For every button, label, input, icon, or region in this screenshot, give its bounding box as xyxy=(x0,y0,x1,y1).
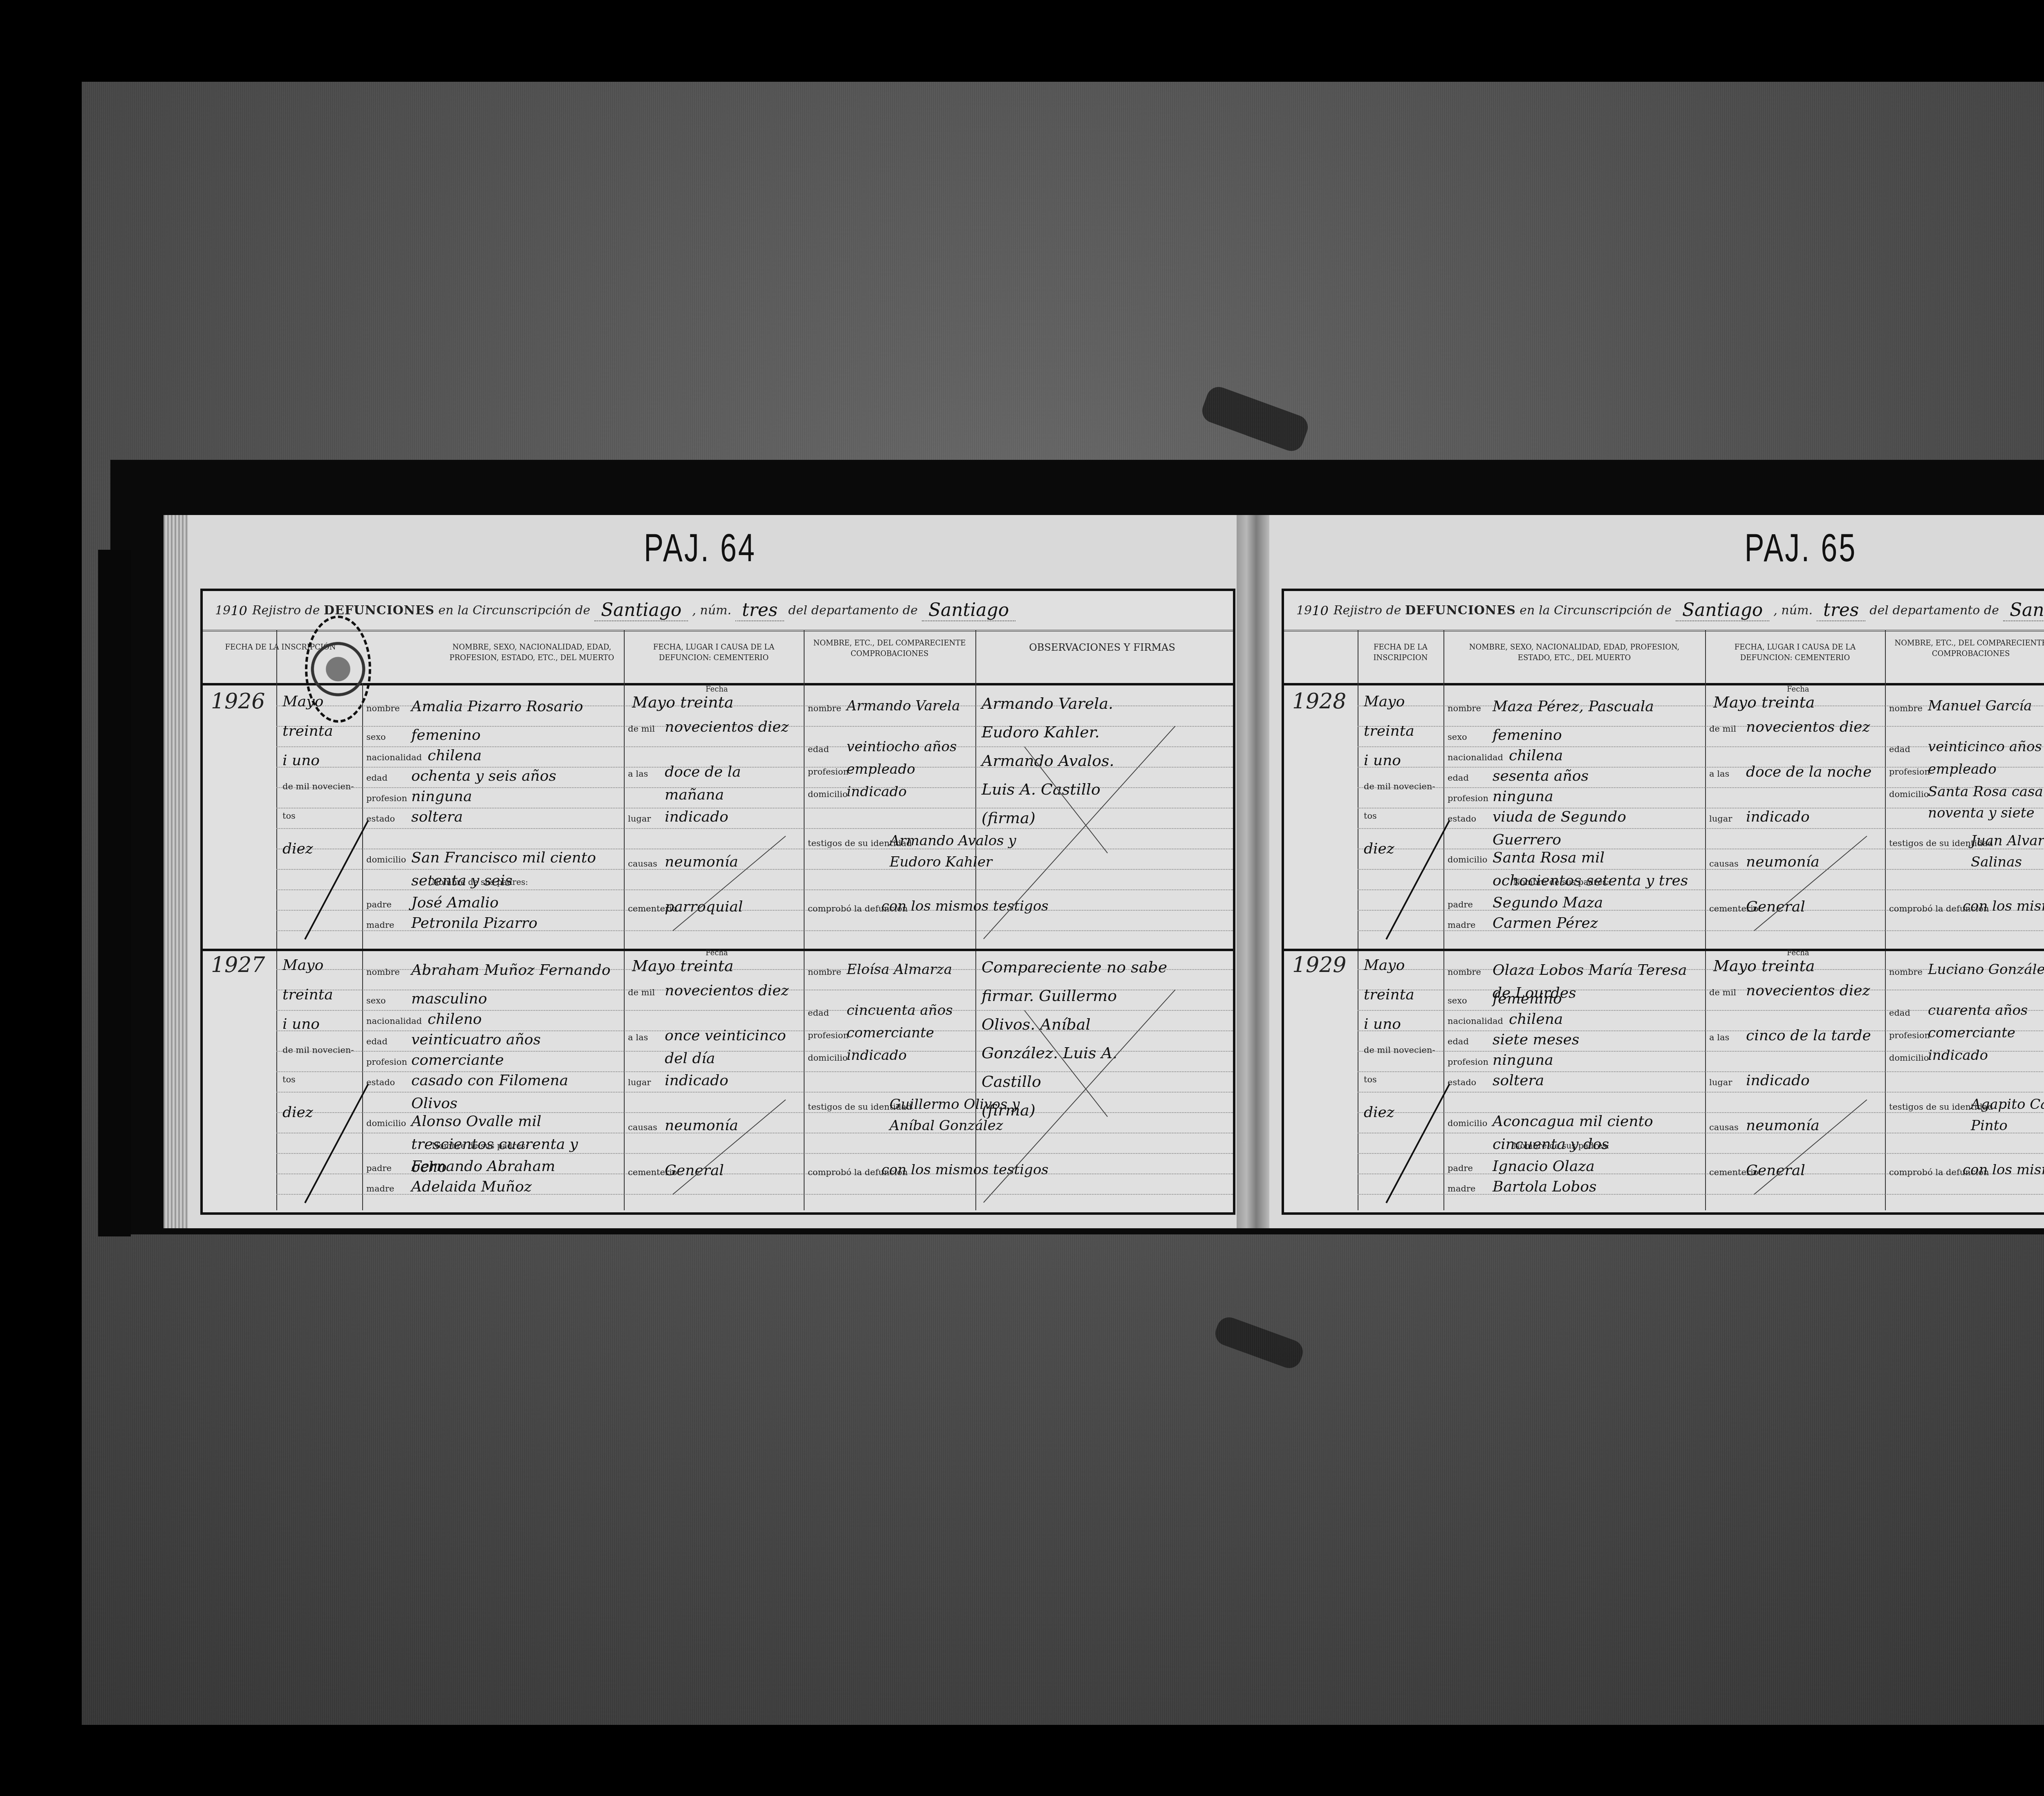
declarant-comprobo: con los mismos testigos xyxy=(881,896,1049,917)
parents-label: Nombre de sus padres: xyxy=(432,1141,528,1151)
declarant-testigos: Juan Alvarez y Tomás Salinas xyxy=(1971,830,2044,873)
field-label: nacionalidad xyxy=(366,752,422,762)
deceased-sexo: femenino xyxy=(1493,724,1562,747)
field-label: de mil novecien- xyxy=(1364,782,1435,791)
death-de-mil: novecientos diez xyxy=(665,716,789,739)
death-a-las: once veinticinco del día xyxy=(665,1024,796,1070)
death-causas: neumonía xyxy=(665,851,738,873)
field-label: sexo xyxy=(366,732,386,742)
field-label: a las xyxy=(1709,769,1729,779)
declarant-nombre: Armando Varela xyxy=(847,695,960,717)
field-label: sexo xyxy=(366,996,386,1005)
declarant-edad: cuarenta años xyxy=(1928,1000,2028,1021)
death-cementerio: General xyxy=(1746,1159,1805,1182)
register-form-left: 19 10 Rejistro de DEFUNCIONES en la Circ… xyxy=(200,589,1235,1215)
field-label: de mil xyxy=(1709,988,1736,997)
departamento-value: Santiago xyxy=(2003,600,2044,621)
signature-line: Armando Avalos. xyxy=(982,746,1223,775)
inscripcion-date-value: Mayo xyxy=(1364,957,1405,974)
field-label: edad xyxy=(808,744,829,754)
field-label: lugar xyxy=(1709,1077,1732,1087)
deceased-estado: soltera xyxy=(1493,1069,1544,1092)
num-value: tres xyxy=(1817,600,1865,621)
field-label: lugar xyxy=(628,1077,651,1087)
field-label: edad xyxy=(366,773,388,783)
field-label: padre xyxy=(366,1163,392,1173)
deceased-nacionalidad: chileno xyxy=(428,1008,482,1031)
circunscripcion-value: Santiago xyxy=(594,600,688,621)
observations-signatures: Compareciente no sabefirmar. GuillermoOl… xyxy=(982,953,1223,1124)
field-label: lugar xyxy=(628,814,651,824)
deceased-padre: José Amalio xyxy=(411,891,499,914)
field-label: tos xyxy=(1364,811,1377,821)
field-label: edad xyxy=(1889,744,1910,754)
field-label: nombre xyxy=(808,703,841,713)
field-label: domicilio xyxy=(366,1118,406,1128)
ribbon-left xyxy=(98,550,131,1236)
inscripcion-date-value: i uno xyxy=(1364,752,1401,769)
declarant-testigos: Agapito Cabello y José Pinto xyxy=(1971,1094,2044,1136)
death-de-mil: novecientos diez xyxy=(1746,716,1870,739)
field-label: profesion xyxy=(1889,1030,1930,1040)
declarant-comprobo: con los mismos testigos xyxy=(881,1159,1049,1180)
field-label: padre xyxy=(366,900,392,909)
header-text: , núm. xyxy=(1773,603,1813,618)
death-a-las: doce de la mañana xyxy=(665,761,796,806)
field-label: nombre xyxy=(808,967,841,977)
column-header: Fecha, lugar i causa de la defuncion: ce… xyxy=(628,642,800,663)
strike-line xyxy=(1754,836,1867,931)
field-label: profesion xyxy=(808,767,849,777)
declarant-comprobo: con los mismos testigos xyxy=(1963,1159,2044,1180)
inscripcion-date-value: treinta xyxy=(282,986,333,1003)
death-a-las: cinco de la tarde xyxy=(1746,1024,1871,1047)
deceased-nombre: Abraham Muñoz Fernando xyxy=(411,959,610,982)
death-de-mil: novecientos diez xyxy=(1746,979,1870,1002)
death-a-las: doce de la noche xyxy=(1746,761,1871,784)
field-label: Fecha xyxy=(706,949,728,957)
death-lugar: indicado xyxy=(665,1069,728,1092)
deceased-sexo: masculino xyxy=(411,988,487,1010)
death-date: Mayo treinta xyxy=(1713,693,1815,711)
ruled-line xyxy=(1358,1153,2044,1154)
signature-line: Castillo xyxy=(982,1067,1223,1096)
death-lugar: indicado xyxy=(1746,1069,1810,1092)
strike-line xyxy=(672,1100,786,1195)
year-handwritten: 10 xyxy=(1312,603,1329,618)
declarant-domicilio: indicado xyxy=(1928,1045,1988,1066)
declarant-profesion: comerciante xyxy=(847,1022,934,1044)
deceased-edad: ochenta y seis años xyxy=(411,765,556,788)
death-lugar: indicado xyxy=(1746,806,1810,829)
field-label: a las xyxy=(1709,1032,1729,1042)
year-prefix: 19 xyxy=(1296,603,1312,618)
ruled-line xyxy=(1358,1071,2044,1072)
year-handwritten: 10 xyxy=(231,603,247,618)
field-label: causas xyxy=(628,859,657,869)
field-label: causas xyxy=(628,1122,657,1132)
register-entry: 1927Mayotreintai unode mil novecien-tosd… xyxy=(203,949,1233,1215)
field-label: padre xyxy=(1448,1163,1473,1173)
field-label: sexo xyxy=(1448,732,1467,742)
field-label: profesion xyxy=(808,1030,849,1040)
header-text: en la Circunscripción de xyxy=(1520,603,1672,618)
departamento-value: Santiago xyxy=(922,600,1015,621)
field-label: de mil xyxy=(628,988,655,997)
field-label: de mil novecien- xyxy=(282,1045,354,1055)
column-header: Nombre, etc., del compareciente comproba… xyxy=(1889,638,2044,659)
inscripcion-date-value: treinta xyxy=(1364,986,1414,1003)
field-label: domicilio xyxy=(808,789,847,799)
field-label: edad xyxy=(1448,1037,1469,1046)
field-label: domicilio xyxy=(1889,789,1929,799)
ruled-line xyxy=(1358,1133,2044,1133)
background-smudge xyxy=(1199,383,1311,454)
strike-line xyxy=(1385,820,1450,940)
inscripcion-date-value: diez xyxy=(1364,840,1394,857)
deceased-nacionalidad: chilena xyxy=(1509,1008,1563,1031)
deceased-padre: Segundo Maza xyxy=(1493,891,1603,914)
signature-line: González. Luis A. xyxy=(982,1039,1223,1067)
deceased-madre: Carmen Pérez xyxy=(1493,912,1598,935)
ruled-line xyxy=(1358,889,2044,890)
strike-line xyxy=(304,1084,369,1203)
field-label: edad xyxy=(808,1008,829,1018)
death-date: Mayo treinta xyxy=(632,693,733,711)
field-label: a las xyxy=(628,769,648,779)
field-label: padre xyxy=(1448,900,1473,909)
header-text: del departamento de xyxy=(788,603,918,618)
death-date: Mayo treinta xyxy=(1713,957,1815,975)
deceased-madre: Petronila Pizarro xyxy=(411,912,538,935)
signature-line: Luis A. Castillo xyxy=(982,775,1223,804)
deceased-sexo: femenino xyxy=(1493,988,1562,1010)
declarant-nombre: Eloísa Almarza xyxy=(847,959,952,980)
field-label: nacionalidad xyxy=(1448,752,1503,762)
deceased-padre: Ignacio Olaza xyxy=(1493,1155,1595,1178)
inscripcion-date-value: diez xyxy=(282,840,313,857)
ruled-line xyxy=(1358,990,2044,990)
death-causas: neumonía xyxy=(665,1114,738,1137)
deceased-madre: Adelaida Muñoz xyxy=(411,1176,532,1198)
deceased-sexo: femenino xyxy=(411,724,481,747)
ruled-line xyxy=(1358,726,2044,727)
deceased-profesion: ninguna xyxy=(411,785,472,808)
page-left: PAJ. 64 19 10 Rejistro de DEFUNCIONES en… xyxy=(164,515,1237,1228)
ruled-line xyxy=(1358,849,2044,849)
ruled-line xyxy=(1358,1092,2044,1093)
page-right: PAJ. 65 19 10 Rejistro de DEFUNCIONES en… xyxy=(1269,515,2044,1228)
signature-line: Olivos. Aníbal xyxy=(982,1010,1223,1039)
field-label: causas xyxy=(1709,859,1739,869)
deceased-madre: Bartola Lobos xyxy=(1493,1176,1596,1198)
page-edges xyxy=(164,515,188,1228)
declarant-edad: veintiocho años xyxy=(847,736,957,757)
register-form-right: 19 10 Rejistro de DEFUNCIONES en la Circ… xyxy=(1282,589,2044,1215)
register-entry: 1928Mayotreintai unode mil novecien-tosd… xyxy=(1284,685,2044,951)
signature-line: Compareciente no sabe xyxy=(982,953,1223,981)
register-entry: 1929Mayotreintai unode mil novecien-tosd… xyxy=(1284,949,2044,1215)
deceased-padre: Fernando Abraham xyxy=(411,1155,555,1178)
ruled-line xyxy=(1358,1112,2044,1113)
circunscripcion-value: Santiago xyxy=(1676,600,1769,621)
field-label: profesion xyxy=(366,793,407,803)
field-label: nacionalidad xyxy=(366,1016,422,1026)
declarant-nombre: Luciano González xyxy=(1928,959,2044,980)
declarant-profesion: empleado xyxy=(847,759,915,780)
header-text: en la Circunscripción de xyxy=(438,603,590,618)
signature-line: (firma) xyxy=(982,804,1223,832)
deceased-nacionalidad: chilena xyxy=(1509,744,1563,767)
deceased-nacionalidad: chilena xyxy=(428,744,482,767)
column-headers: Fecha de la inscripcion Nombre, sexo, na… xyxy=(1284,630,2044,685)
field-label: Fecha xyxy=(706,685,728,694)
deceased-nombre: Amalia Pizarro Rosario xyxy=(411,695,583,718)
ruled-line xyxy=(1358,828,2044,829)
field-label: madre xyxy=(366,920,394,930)
ruled-line xyxy=(1358,930,2044,931)
inscripcion-date-value: diez xyxy=(282,1104,313,1121)
field-label: nacionalidad xyxy=(1448,1016,1503,1026)
column-header: Nombre, sexo, nacionalidad, edad, profes… xyxy=(1452,642,1697,663)
parents-label: Nombre de sus padres: xyxy=(432,877,528,887)
field-label: nombre xyxy=(1448,703,1481,713)
field-label: tos xyxy=(282,811,296,821)
year-prefix: 19 xyxy=(215,603,231,618)
header-text: del departamento de xyxy=(1869,603,1999,618)
observations-signatures: Armando Varela.Eudoro Kahler.Armando Ava… xyxy=(982,689,1223,832)
field-label: de mil xyxy=(628,724,655,734)
declarant-edad: cincuenta años xyxy=(847,1000,953,1021)
field-label: nombre xyxy=(366,967,400,977)
field-label: tos xyxy=(1364,1075,1377,1084)
deceased-profesion: comerciante xyxy=(411,1049,504,1072)
inscripcion-date-value: Mayo xyxy=(282,957,323,974)
signature-line: Armando Varela. xyxy=(982,689,1223,718)
deceased-nombre: Maza Pérez, Pascuala xyxy=(1493,695,1654,718)
inscripcion-date-value: Mayo xyxy=(1364,693,1405,710)
field-label: causas xyxy=(1709,1122,1739,1132)
field-label: a las xyxy=(628,1032,648,1042)
deceased-estado: soltera xyxy=(411,806,463,829)
field-label: madre xyxy=(1448,920,1475,930)
death-de-mil: novecientos diez xyxy=(665,979,789,1002)
header-text: Rejistro de xyxy=(252,603,320,618)
declarant-nombre: Manuel García xyxy=(1928,695,2032,717)
inscripcion-date-value: i uno xyxy=(282,1016,320,1032)
inscripcion-date-value: diez xyxy=(1364,1104,1394,1121)
field-label: nombre xyxy=(1889,967,1923,977)
entry-number: 1927 xyxy=(211,953,265,977)
death-cementerio: parroquial xyxy=(665,896,743,918)
field-label: de mil novecien- xyxy=(1364,1045,1435,1055)
field-label: estado xyxy=(366,1077,395,1087)
field-label: sexo xyxy=(1448,996,1467,1005)
ruled-line xyxy=(1358,1194,2044,1195)
field-label: domicilio xyxy=(1448,855,1487,864)
inscripcion-date-value: i uno xyxy=(282,752,320,769)
death-causas: neumonía xyxy=(1746,851,1820,873)
inscripcion-date-value: Mayo xyxy=(282,693,323,710)
field-label: de mil xyxy=(1709,724,1736,734)
field-label: profesion xyxy=(1889,767,1930,777)
deceased-estado: viuda de Segundo Guerrero xyxy=(1493,806,1697,851)
field-label: domicilio xyxy=(808,1053,847,1063)
signature-line: firmar. Guillermo xyxy=(982,981,1223,1010)
register-entry: 1926Mayotreintai unode mil novecien-tosd… xyxy=(203,685,1233,951)
inscripcion-date-value: i uno xyxy=(1364,1016,1401,1032)
page-number: PAJ. 64 xyxy=(164,526,1237,571)
entry-number: 1929 xyxy=(1292,953,1346,977)
field-label: estado xyxy=(1448,1077,1476,1087)
declarant-testigos: Armando Avalos y Eudoro Kahler xyxy=(890,830,1053,873)
field-label: profesion xyxy=(1448,1057,1488,1067)
field-label: domicilio xyxy=(1889,1053,1929,1063)
column-header: Nombre, etc., del compareciente comproba… xyxy=(808,638,971,659)
field-label: tos xyxy=(282,1075,296,1084)
deceased-edad: veinticuatro años xyxy=(411,1028,541,1051)
register-header: 19 10 Rejistro de DEFUNCIONES en la Circ… xyxy=(1284,591,2044,632)
death-date: Mayo treinta xyxy=(632,957,733,975)
deceased-edad: sesenta años xyxy=(1493,765,1589,788)
field-label: madre xyxy=(1448,1184,1475,1194)
declarant-comprobo: con los mismos testigos xyxy=(1963,896,2044,917)
field-label: estado xyxy=(366,814,395,824)
page-number: PAJ. 65 xyxy=(1269,526,2044,571)
background-smudge xyxy=(1212,1314,1307,1371)
declarant-profesion: comerciante xyxy=(1928,1022,2015,1044)
header-text: Rejistro de xyxy=(1334,603,1401,618)
field-label: lugar xyxy=(1709,814,1732,824)
death-causas: neumonía xyxy=(1746,1114,1820,1137)
declarant-edad: veinticinco años xyxy=(1928,736,2042,757)
strike-line xyxy=(1385,1084,1450,1203)
field-label: de mil novecien- xyxy=(282,782,354,791)
declarant-domicilio: Santa Rosa casa trescientos noventa y si… xyxy=(1928,781,2044,824)
inscripcion-date-value: treinta xyxy=(1364,723,1414,739)
strike-line xyxy=(1754,1100,1867,1195)
field-label: nombre xyxy=(1889,703,1923,713)
deceased-estado: casado con Filomena Olivos xyxy=(411,1069,616,1115)
entry-number: 1926 xyxy=(211,689,265,714)
signature-line: Eudoro Kahler. xyxy=(982,718,1223,746)
field-label: edad xyxy=(1448,773,1469,783)
parents-label: Nombre de sus padres: xyxy=(1513,877,1609,887)
death-cementerio: General xyxy=(665,1159,724,1182)
column-header: Fecha de la inscripcion xyxy=(1358,642,1443,663)
death-lugar: indicado xyxy=(665,806,728,829)
field-label: Fecha xyxy=(1787,949,1809,957)
ledger-book: PAJ. 64 19 10 Rejistro de DEFUNCIONES en… xyxy=(110,460,2044,1234)
deceased-edad: siete meses xyxy=(1493,1028,1579,1051)
declarant-domicilio: indicado xyxy=(847,1045,907,1066)
book-gutter xyxy=(1237,515,1269,1228)
column-header: Nombre, sexo, nacionalidad, edad, profes… xyxy=(444,642,620,663)
field-label: profesion xyxy=(1448,793,1488,803)
parents-label: Nombre de sus padres: xyxy=(1513,1141,1609,1151)
num-value: tres xyxy=(735,600,784,621)
inscripcion-date-value: treinta xyxy=(282,723,333,739)
death-cementerio: General xyxy=(1746,896,1805,918)
declarant-domicilio: indicado xyxy=(847,781,907,802)
ruled-line xyxy=(1358,869,2044,870)
deceased-profesion: ninguna xyxy=(1493,1049,1553,1072)
header-defunciones: DEFUNCIONES xyxy=(1405,603,1516,618)
field-label: estado xyxy=(1448,814,1476,824)
field-label: profesion xyxy=(366,1057,407,1067)
field-label: nombre xyxy=(366,703,400,713)
column-header: Fecha, lugar i causa de la defuncion: ce… xyxy=(1709,642,1881,663)
field-label: domicilio xyxy=(1448,1118,1487,1128)
column-header: Observaciones y firmas xyxy=(979,642,1225,653)
deceased-profesion: ninguna xyxy=(1493,785,1553,808)
header-text: , núm. xyxy=(692,603,731,618)
entry-number: 1928 xyxy=(1292,689,1346,714)
field-label: nombre xyxy=(1448,967,1481,977)
strike-line xyxy=(304,820,369,940)
field-label: madre xyxy=(366,1184,394,1194)
field-label: edad xyxy=(1889,1008,1910,1018)
field-label: domicilio xyxy=(366,855,406,864)
field-label: Fecha xyxy=(1787,685,1809,694)
field-label: edad xyxy=(366,1037,388,1046)
declarant-profesion: empleado xyxy=(1928,759,1997,780)
